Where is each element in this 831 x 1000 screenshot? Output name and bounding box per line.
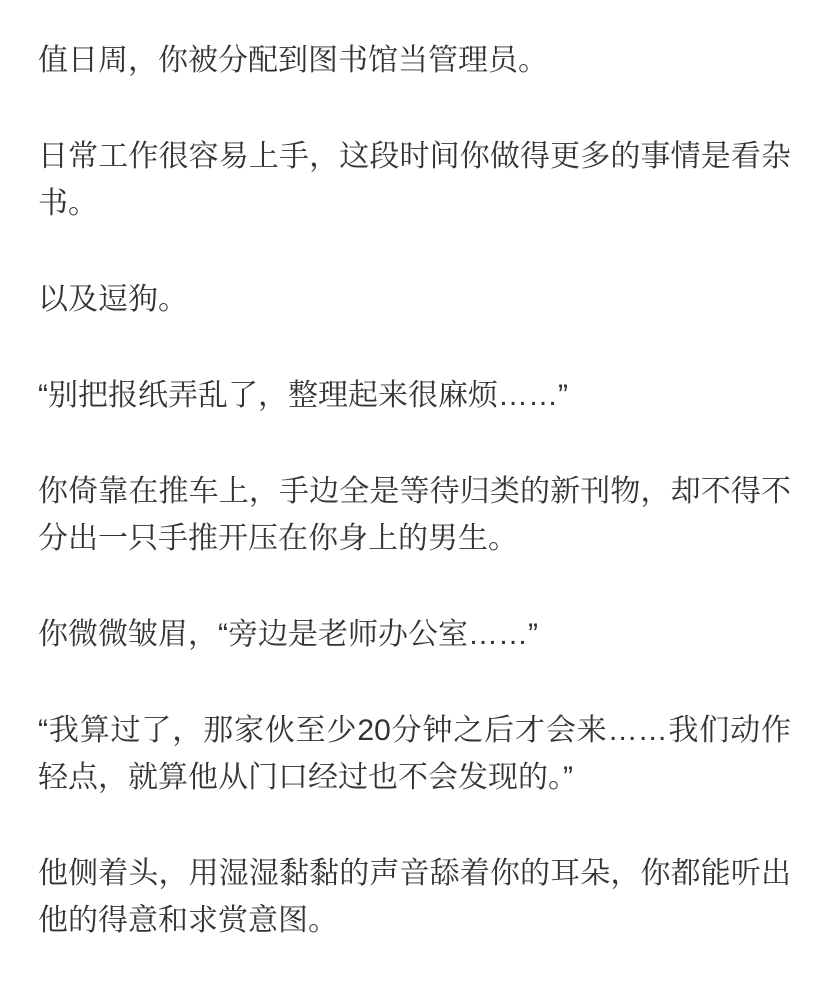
- paragraph: 日常工作很容易上手，这段时间你做得更多的事情是看杂书。: [38, 133, 791, 227]
- paragraph: 值日周，你被分配到图书馆当管理员。: [38, 37, 791, 84]
- paragraph: “别把报纸弄乱了，整理起来很麻烦……”: [38, 372, 791, 419]
- paragraph: 你微微皱眉，“旁边是老师办公室……”: [38, 611, 791, 658]
- paragraph: 以及逗狗。: [38, 276, 791, 323]
- reader-page: 值日周，你被分配到图书馆当管理员。日常工作很容易上手，这段时间你做得更多的事情是…: [0, 0, 831, 1000]
- paragraph: “我算过了，那家伙至少20分钟之后才会来……我们动作轻点，就算他从门口经过也不会…: [38, 707, 791, 801]
- paragraph: 你倚靠在推车上，手边全是等待归类的新刊物，却不得不分出一只手推开压在你身上的男生…: [38, 468, 791, 562]
- story-text: 值日周，你被分配到图书馆当管理员。日常工作很容易上手，这段时间你做得更多的事情是…: [38, 37, 791, 944]
- paragraph: 他侧着头，用湿湿黏黏的声音舔着你的耳朵，你都能听出他的得意和求赏意图。: [38, 850, 791, 944]
